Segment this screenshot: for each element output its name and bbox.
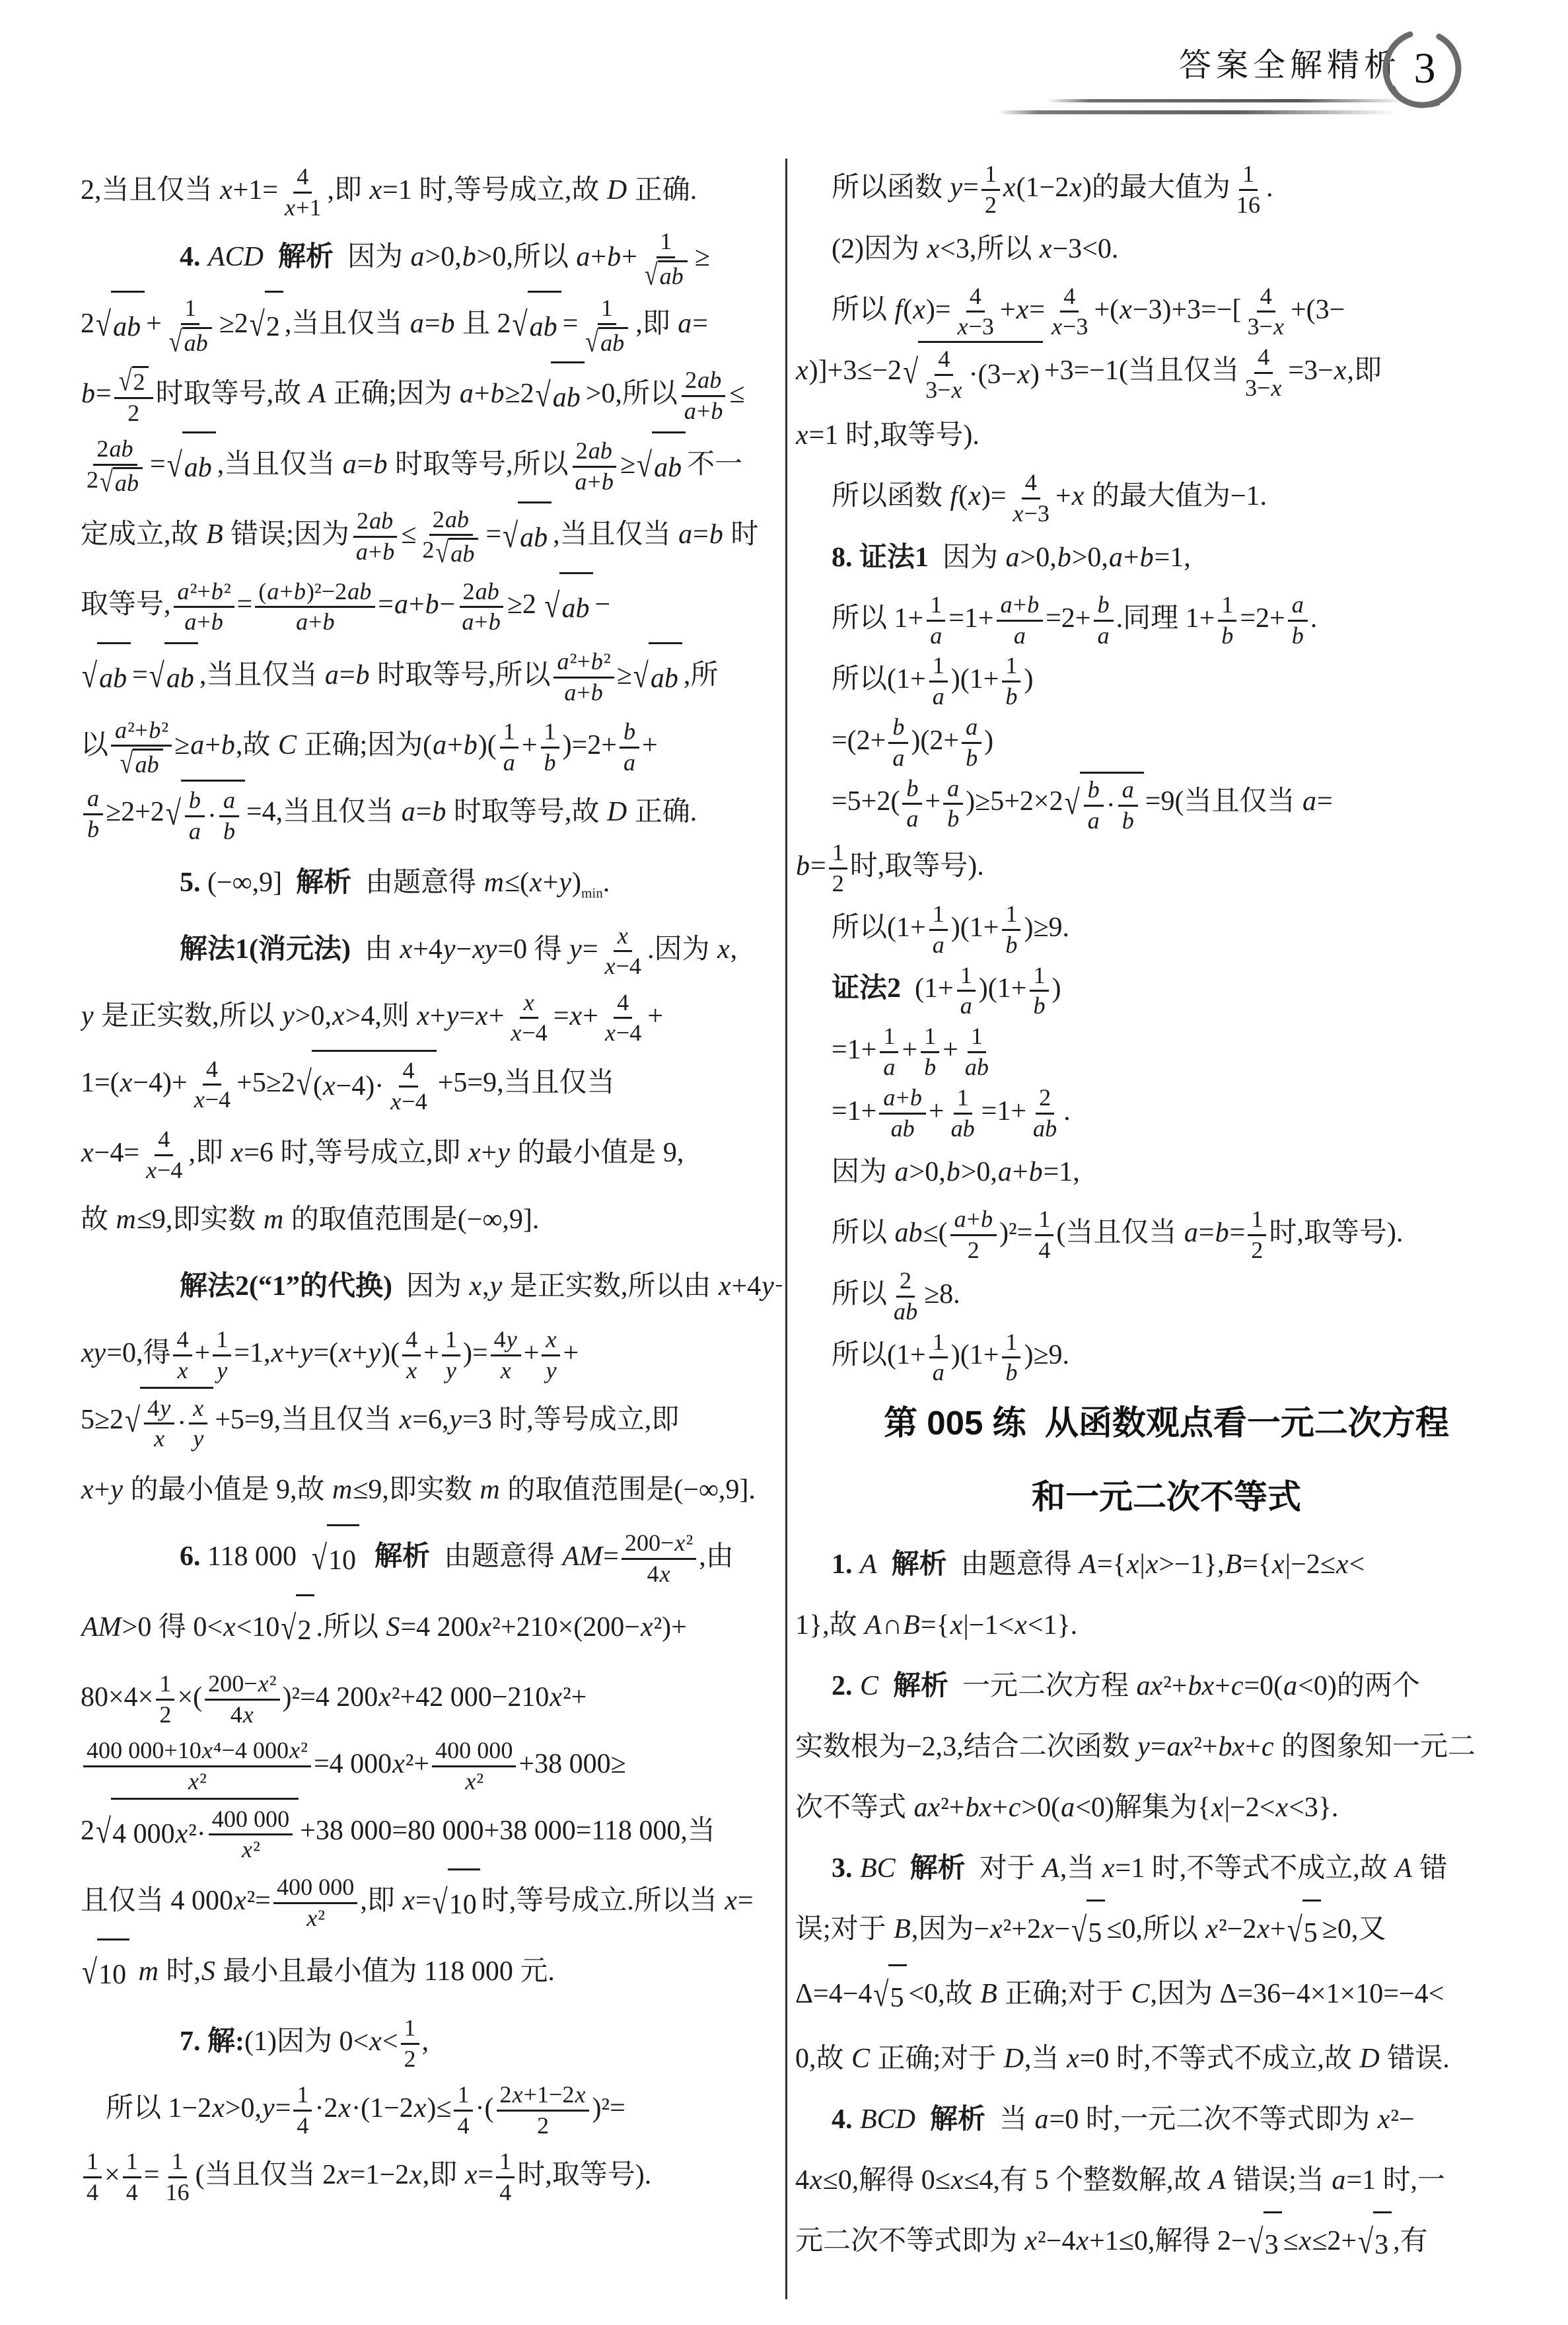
math-line: 因为 a>0,b>0,a+b=1, xyxy=(832,1142,1538,1202)
square-root: √4yx·xy xyxy=(125,1387,213,1457)
page-number-badge: 3 xyxy=(1375,24,1469,118)
square-root: √ab xyxy=(100,467,143,497)
fraction: √22 xyxy=(114,366,153,427)
fraction: ab xyxy=(962,714,981,771)
fraction: ba xyxy=(902,776,922,832)
fraction: ba xyxy=(620,719,639,776)
square-root: √ab xyxy=(585,327,628,357)
square-root: √10 xyxy=(433,1868,480,1938)
right-column-top: 所以函数 y=12x(1−2x)的最大值为116.(2)因为 x<3,所以 x−… xyxy=(795,157,1538,1386)
square-root: √ab xyxy=(637,431,686,501)
math-line: 且仅当 4 000x²=400 000x²,即 x=√10时,等号成立.所以当 … xyxy=(81,1868,782,1938)
fraction: a²+b²a+b xyxy=(553,649,614,706)
square-root: √2 xyxy=(250,291,283,361)
math-line: =(2+ba)(2+ab) xyxy=(832,710,1538,772)
math-line: 8. 证法1 因为 a>0,b>0,a+b=1, xyxy=(832,527,1538,588)
math-line: 4x≤0,解得 0≤x≤4,有 5 个整数解,故 A 错误;当 a=1 时,一 xyxy=(795,2150,1538,2211)
column-divider xyxy=(785,159,787,2299)
fraction: 1√ab xyxy=(640,229,692,289)
square-root: √ab xyxy=(645,260,688,290)
square-root: √ab xyxy=(120,749,163,778)
math-line: 5≥2√4yx·xy+5=9,当且仅当 x=6,y=3 时,等号成立,即 xyxy=(81,1387,782,1457)
fraction: 1b xyxy=(920,1023,940,1080)
fraction: ab xyxy=(1118,777,1138,834)
math-line: 所以函数 f(x)=4x−3+x 的最大值为−1. xyxy=(832,466,1538,527)
math-line: 误;对于 B,因为−x²+2x−√5≤0,所以 x²−2x+√5≥0,又 xyxy=(795,1899,1538,1964)
square-root: √ab xyxy=(513,291,561,361)
fraction: ba xyxy=(185,788,205,844)
fraction: 12 xyxy=(829,840,847,897)
fraction: 1a xyxy=(926,592,946,649)
right-column: 所以函数 y=12x(1−2x)的最大值为116.(2)因为 x<3,所以 x−… xyxy=(795,157,1538,2319)
fraction: 400 000x² xyxy=(432,1738,516,1794)
math-line: 所以(1+1a)(1+1b) xyxy=(832,649,1538,710)
page-title: 答案全解精析 xyxy=(1179,40,1401,86)
math-line: 所以 ab≤(a+b2)²=14(当且仅当 a=b=12时,取等号). xyxy=(832,1202,1538,1264)
square-root: √ab xyxy=(633,642,682,712)
math-line: 所以 1+1a=1+a+ba=2+ba.同理 1+1b=2+ab. xyxy=(832,588,1538,649)
fraction: 43−x xyxy=(922,346,966,403)
fraction: 14 xyxy=(496,2149,515,2205)
page-header: 答案全解精析 3 xyxy=(0,0,1568,153)
math-line: 实数根为−2,3,结合二次函数 y=ax²+bx+c 的图象知一元二 xyxy=(795,1716,1538,1777)
left-column: 2,当且仅当 x+1=4x+1,即 x=1 时,等号成立,故 D 正确.4. A… xyxy=(81,157,782,2319)
math-line: 0,故 C 正确;对于 D,当 x=0 时,不等式不成立,故 D 错误. xyxy=(795,2028,1538,2089)
fraction: 12 xyxy=(156,1671,174,1728)
fraction: 4x+1 xyxy=(281,164,324,221)
fraction: xy xyxy=(542,1327,560,1384)
square-root: √2 xyxy=(281,1594,314,1664)
fraction: 400 000x² xyxy=(273,1874,357,1931)
square-root: √5 xyxy=(1071,1900,1105,1964)
math-line: 所以 f(x)=4x−3+x=4x−3+(x−3)+3=−[43−x+(3− xyxy=(832,279,1538,341)
math-line: AM>0 得 0<x<10√2.所以 S=4 200x²+210×(200−x²… xyxy=(81,1594,782,1664)
math-line: 2√ab+1√ab≥2√2,当且仅当 a=b 且 2√ab=1√ab,即 a= xyxy=(81,291,782,361)
square-root: √2 xyxy=(119,366,149,396)
fraction: 1a xyxy=(956,963,976,1019)
fraction: 4yx xyxy=(144,1395,174,1452)
math-line: b=12时,取等号). xyxy=(795,836,1538,897)
fraction: ba xyxy=(1094,592,1114,649)
fraction: 1b xyxy=(540,719,560,776)
fraction: 43−x xyxy=(1244,283,1288,340)
fraction: 4x xyxy=(173,1327,192,1384)
fraction: 4x−3 xyxy=(954,283,997,340)
fraction: 1a xyxy=(499,719,519,776)
fraction: ab xyxy=(219,788,239,844)
math-line: =1+1a+1b+1ab xyxy=(832,1019,1538,1081)
math-line: 所以2ab≥8. xyxy=(832,1264,1538,1325)
math-line: x−4=4x−4,即 x=6 时,等号成立,即 x+y 的最小值是 9, xyxy=(81,1120,782,1187)
square-root: √ab xyxy=(149,642,198,712)
fraction: 1y xyxy=(442,1327,460,1384)
math-line: 400 000+10x⁴−4 000x²x²=4 000x²+400 000x²… xyxy=(81,1731,782,1798)
fraction: 4x−3 xyxy=(1048,283,1091,340)
fraction: 1b xyxy=(1029,963,1049,1019)
fraction: ba xyxy=(888,714,908,771)
fraction: ab xyxy=(943,776,963,832)
header-underline-2 xyxy=(999,110,1396,114)
math-line: 解法2(“1”的代换) 因为 x,y 是正实数,所以由 x+4y− xyxy=(180,1253,782,1320)
math-line: 故 m≤9,即实数 m 的取值范围是(−∞,9]. xyxy=(81,1187,782,1253)
fraction: 1a xyxy=(879,1023,899,1080)
fraction: a+b2 xyxy=(950,1206,997,1263)
square-root: √(x−4)·4x−4 xyxy=(297,1050,437,1120)
fraction: 12 xyxy=(981,161,1000,218)
fraction: 4x−3 xyxy=(1009,470,1053,527)
square-root: √ab xyxy=(536,361,585,431)
fraction: 200−x²4x xyxy=(622,1530,696,1587)
math-line: 所以(1+1a)(1+1b)≥9. xyxy=(832,1325,1538,1386)
math-line: 所以函数 y=12x(1−2x)的最大值为116. xyxy=(832,157,1538,219)
fraction: xx−4 xyxy=(507,990,550,1047)
math-line: 2. C 解析 一元二次方程 ax²+bx+c=0(a<0)的两个 xyxy=(832,1656,1538,1716)
math-line: 4. ACD 解析 因为 a>0,b>0,所以 a+b+1√ab≥ xyxy=(180,224,782,291)
fraction: xy xyxy=(189,1395,207,1452)
math-line: 4. BCD 解析 当 a=0 时,一元二次不等式即为 x²− xyxy=(832,2089,1538,2150)
fraction: ba xyxy=(1084,777,1104,834)
square-root: √ab xyxy=(503,501,552,572)
header-underline-1 xyxy=(1047,99,1407,102)
right-column-bottom: 1. A 解析 由题意得 A={x|x>−1},B={x|−2≤x<1},故 A… xyxy=(795,1534,1538,2275)
square-root: √ab xyxy=(169,327,212,357)
square-root: √ab xyxy=(544,572,593,642)
exercise-section-title-line1: 第 005 练 从函数观点看一元二次方程 xyxy=(795,1386,1538,1460)
math-line: 所以(1+1a)(1+1b)≥9. xyxy=(832,897,1538,959)
fraction: 14 xyxy=(123,2149,141,2205)
page-number: 3 xyxy=(1413,44,1435,94)
fraction: 2ab xyxy=(1029,1085,1061,1142)
fraction: a²+b²√ab xyxy=(111,718,172,778)
math-line: 解法1(消元法) 由 x+4y−xy=0 得 y=xx−4.因为 x, xyxy=(180,916,782,983)
math-line: (2)因为 x<3,所以 x−3<0. xyxy=(832,219,1538,279)
math-line: ab≥2+2√ba·ab=4,当且仅当 a=b 时取等号,故 D 正确. xyxy=(81,779,782,849)
square-root: √ab xyxy=(435,538,478,568)
fraction: 2aba+b xyxy=(352,508,399,565)
fraction: ab xyxy=(83,786,103,842)
math-line: 3. BC 解析 对于 A,当 x=1 时,不等式不成立,故 A 错 xyxy=(832,1838,1538,1899)
math-line: √ab=√ab,当且仅当 a=b 时取等号,所以a²+b²a+b≥√ab,所 xyxy=(81,642,782,712)
math-line: x)]+3≤−2√43−x·(3−x)+3=−1(当且仅当43−x=3−x,即 xyxy=(795,340,1538,405)
fraction: 1b xyxy=(1001,1329,1021,1386)
square-root: √3 xyxy=(1248,2211,1282,2275)
math-line: 6. 118 000 √10 解析 由题意得 AM=200−x²4x,由 xyxy=(180,1524,782,1594)
math-line: 1. A 解析 由题意得 A={x|x>−1},B={x|−2≤x< xyxy=(832,1534,1538,1595)
math-line: 证法2 (1+1a)(1+1b) xyxy=(832,958,1538,1019)
math-line: 2,当且仅当 x+1=4x+1,即 x=1 时,等号成立,故 D 正确. xyxy=(81,157,782,224)
fraction: 2ab xyxy=(890,1268,921,1325)
math-line: 1},故 A∩B={x|−1<x<1}. xyxy=(795,1595,1538,1656)
fraction: 1b xyxy=(1001,901,1021,958)
square-root: √10 xyxy=(82,1938,129,2009)
math-line: 2√4 000x²·400 000x²+38 000=80 000+38 000… xyxy=(81,1798,782,1868)
fraction: 2x+1−2x2 xyxy=(497,2082,590,2139)
fraction: 4x−4 xyxy=(142,1126,186,1183)
fraction: 1b xyxy=(1217,592,1237,649)
fraction: 116 xyxy=(1233,161,1264,218)
square-root: √10 xyxy=(312,1524,359,1594)
fraction: 400 000x² xyxy=(209,1806,293,1863)
square-root: √ab xyxy=(167,431,216,501)
math-line: 所以 1−2x>0,y=14·2x·(1−2x)≤14·(2x+1−2x2)²= xyxy=(106,2075,782,2142)
fraction: (a+b)²−2aba+b xyxy=(255,579,375,636)
math-line: 5. (−∞,9] 解析 由题意得 m≤(x+y)min. xyxy=(180,850,782,916)
math-line: 1=(x−4)+4x−4+5≥2√(x−4)·4x−4+5=9,当且仅当 xyxy=(81,1050,782,1120)
square-root: √ab xyxy=(82,642,131,712)
fraction: 2aba+b xyxy=(680,367,727,424)
fraction: a²+b²a+b xyxy=(174,579,234,636)
math-line: Δ=4−4√5<0,故 B 正确;对于 C,因为 Δ=36−4×1×10=−4< xyxy=(795,1964,1538,2028)
math-line: 取等号,a²+b²a+b=(a+b)²−2aba+b=a+b−2aba+b≥2 … xyxy=(81,572,782,642)
fraction: 1ab xyxy=(961,1023,993,1080)
square-root: √ba·ab xyxy=(1065,772,1144,836)
fraction: 2aba+b xyxy=(571,438,618,495)
fraction: 200−x²4x xyxy=(205,1671,279,1728)
fraction: 1a xyxy=(929,901,948,958)
fraction: 116 xyxy=(162,2149,193,2205)
fraction: 2ab2√ab xyxy=(83,436,147,497)
math-line: x=1 时,取等号). xyxy=(795,405,1538,466)
square-root: √ba·ab xyxy=(166,780,245,850)
math-line: =1+a+bab+1ab=1+2ab. xyxy=(832,1081,1538,1142)
fraction: 4x−4 xyxy=(190,1056,234,1113)
fraction: a+bab xyxy=(879,1085,926,1142)
fraction: 14 xyxy=(83,2149,102,2205)
square-root: √5 xyxy=(873,1964,907,2028)
math-line: y 是正实数,所以 y>0,x>4,则 x+y=x+xx−4=x+4x−4+ xyxy=(81,983,782,1050)
fraction: 1√ab xyxy=(164,295,217,356)
fraction: 12 xyxy=(401,2015,419,2072)
math-line: √10 m 时,S 最小且最小值为 118 000 元. xyxy=(81,1938,782,2009)
fraction: 2ab2√ab xyxy=(419,507,483,568)
fraction: 4x xyxy=(402,1327,421,1384)
fraction: 1b xyxy=(1001,653,1021,710)
math-line: 以a²+b²√ab≥a+b,故 C 正确;因为(a+b)(1a+1b)=2+ba… xyxy=(81,712,782,779)
fraction: 43−x xyxy=(1242,344,1285,401)
math-line: b=√22时取等号,故 A 正确;因为 a+b≥2√ab>0,所以2aba+b≤ xyxy=(81,361,782,431)
math-line: 定成立,故 B 错误;因为2aba+b≤2ab2√ab=√ab,当且仅当 a=b… xyxy=(81,501,782,572)
math-line: xy=0,得4x+1y=1,x+y=(x+y)(4x+1y)=4yx+xy+ xyxy=(81,1320,782,1387)
fraction: 14 xyxy=(293,2082,312,2139)
square-root: √3 xyxy=(1358,2211,1392,2275)
math-line: 2ab2√ab=√ab,当且仅当 a=b 时取等号,所以2aba+b≥√ab不一 xyxy=(81,431,782,501)
fraction: ab xyxy=(1288,592,1308,649)
exercise-section-title-line2: 和一元二次不等式 xyxy=(795,1460,1538,1534)
fraction: 14 xyxy=(454,2082,472,2139)
math-line: x+y 的最小值是 9,故 m≤9,即实数 m 的取值范围是(−∞,9]. xyxy=(81,1457,782,1524)
math-line: 7. 解:(1)因为 0<x<12, xyxy=(180,2009,782,2075)
square-root: √4 000x²·400 000x² xyxy=(96,1798,299,1868)
square-root: √5 xyxy=(1287,1900,1321,1964)
fraction: 1a xyxy=(929,653,948,710)
math-line: 次不等式 ax²+bx+c>0(a<0)解集为{x|−2<x<3}. xyxy=(795,1777,1538,1838)
math-line: 80×4×12×(200−x²4x)²=4 200x²+42 000−210x²… xyxy=(81,1664,782,1731)
fraction: a+ba xyxy=(997,592,1044,649)
fraction: 1y xyxy=(213,1327,231,1384)
math-line: 14×14=116(当且仅当 2x=1−2x,即 x=14时,取等号). xyxy=(81,2142,782,2209)
fraction: xx−4 xyxy=(601,923,645,980)
answer-key-page: 答案全解精析 3 2,当且仅当 x+1=4x+1,即 x=1 时,等号成立,故 … xyxy=(0,0,1568,2325)
fraction: 14 xyxy=(1035,1206,1053,1263)
square-root: √ab xyxy=(96,291,145,361)
math-line: 元二次不等式即为 x²−4x+1≤0,解得 2−√3≤x≤2+√3,有 xyxy=(795,2211,1538,2275)
fraction: 4x−4 xyxy=(601,990,645,1047)
math-line: =5+2(ba+ab)≥5+2×2√ba·ab=9(当且仅当 a= xyxy=(832,771,1538,836)
square-root: √43−x·(3−x) xyxy=(903,341,1043,405)
fraction: 12 xyxy=(1248,1206,1266,1263)
fraction: 1a xyxy=(929,1329,948,1386)
fraction: 2aba+b xyxy=(458,579,505,636)
fraction: 4x−4 xyxy=(386,1058,430,1115)
fraction: 4yx xyxy=(491,1327,521,1384)
fraction: 1ab xyxy=(947,1085,979,1142)
fraction: 400 000+10x⁴−4 000x²x² xyxy=(83,1738,311,1794)
fraction: 1√ab xyxy=(581,295,633,356)
